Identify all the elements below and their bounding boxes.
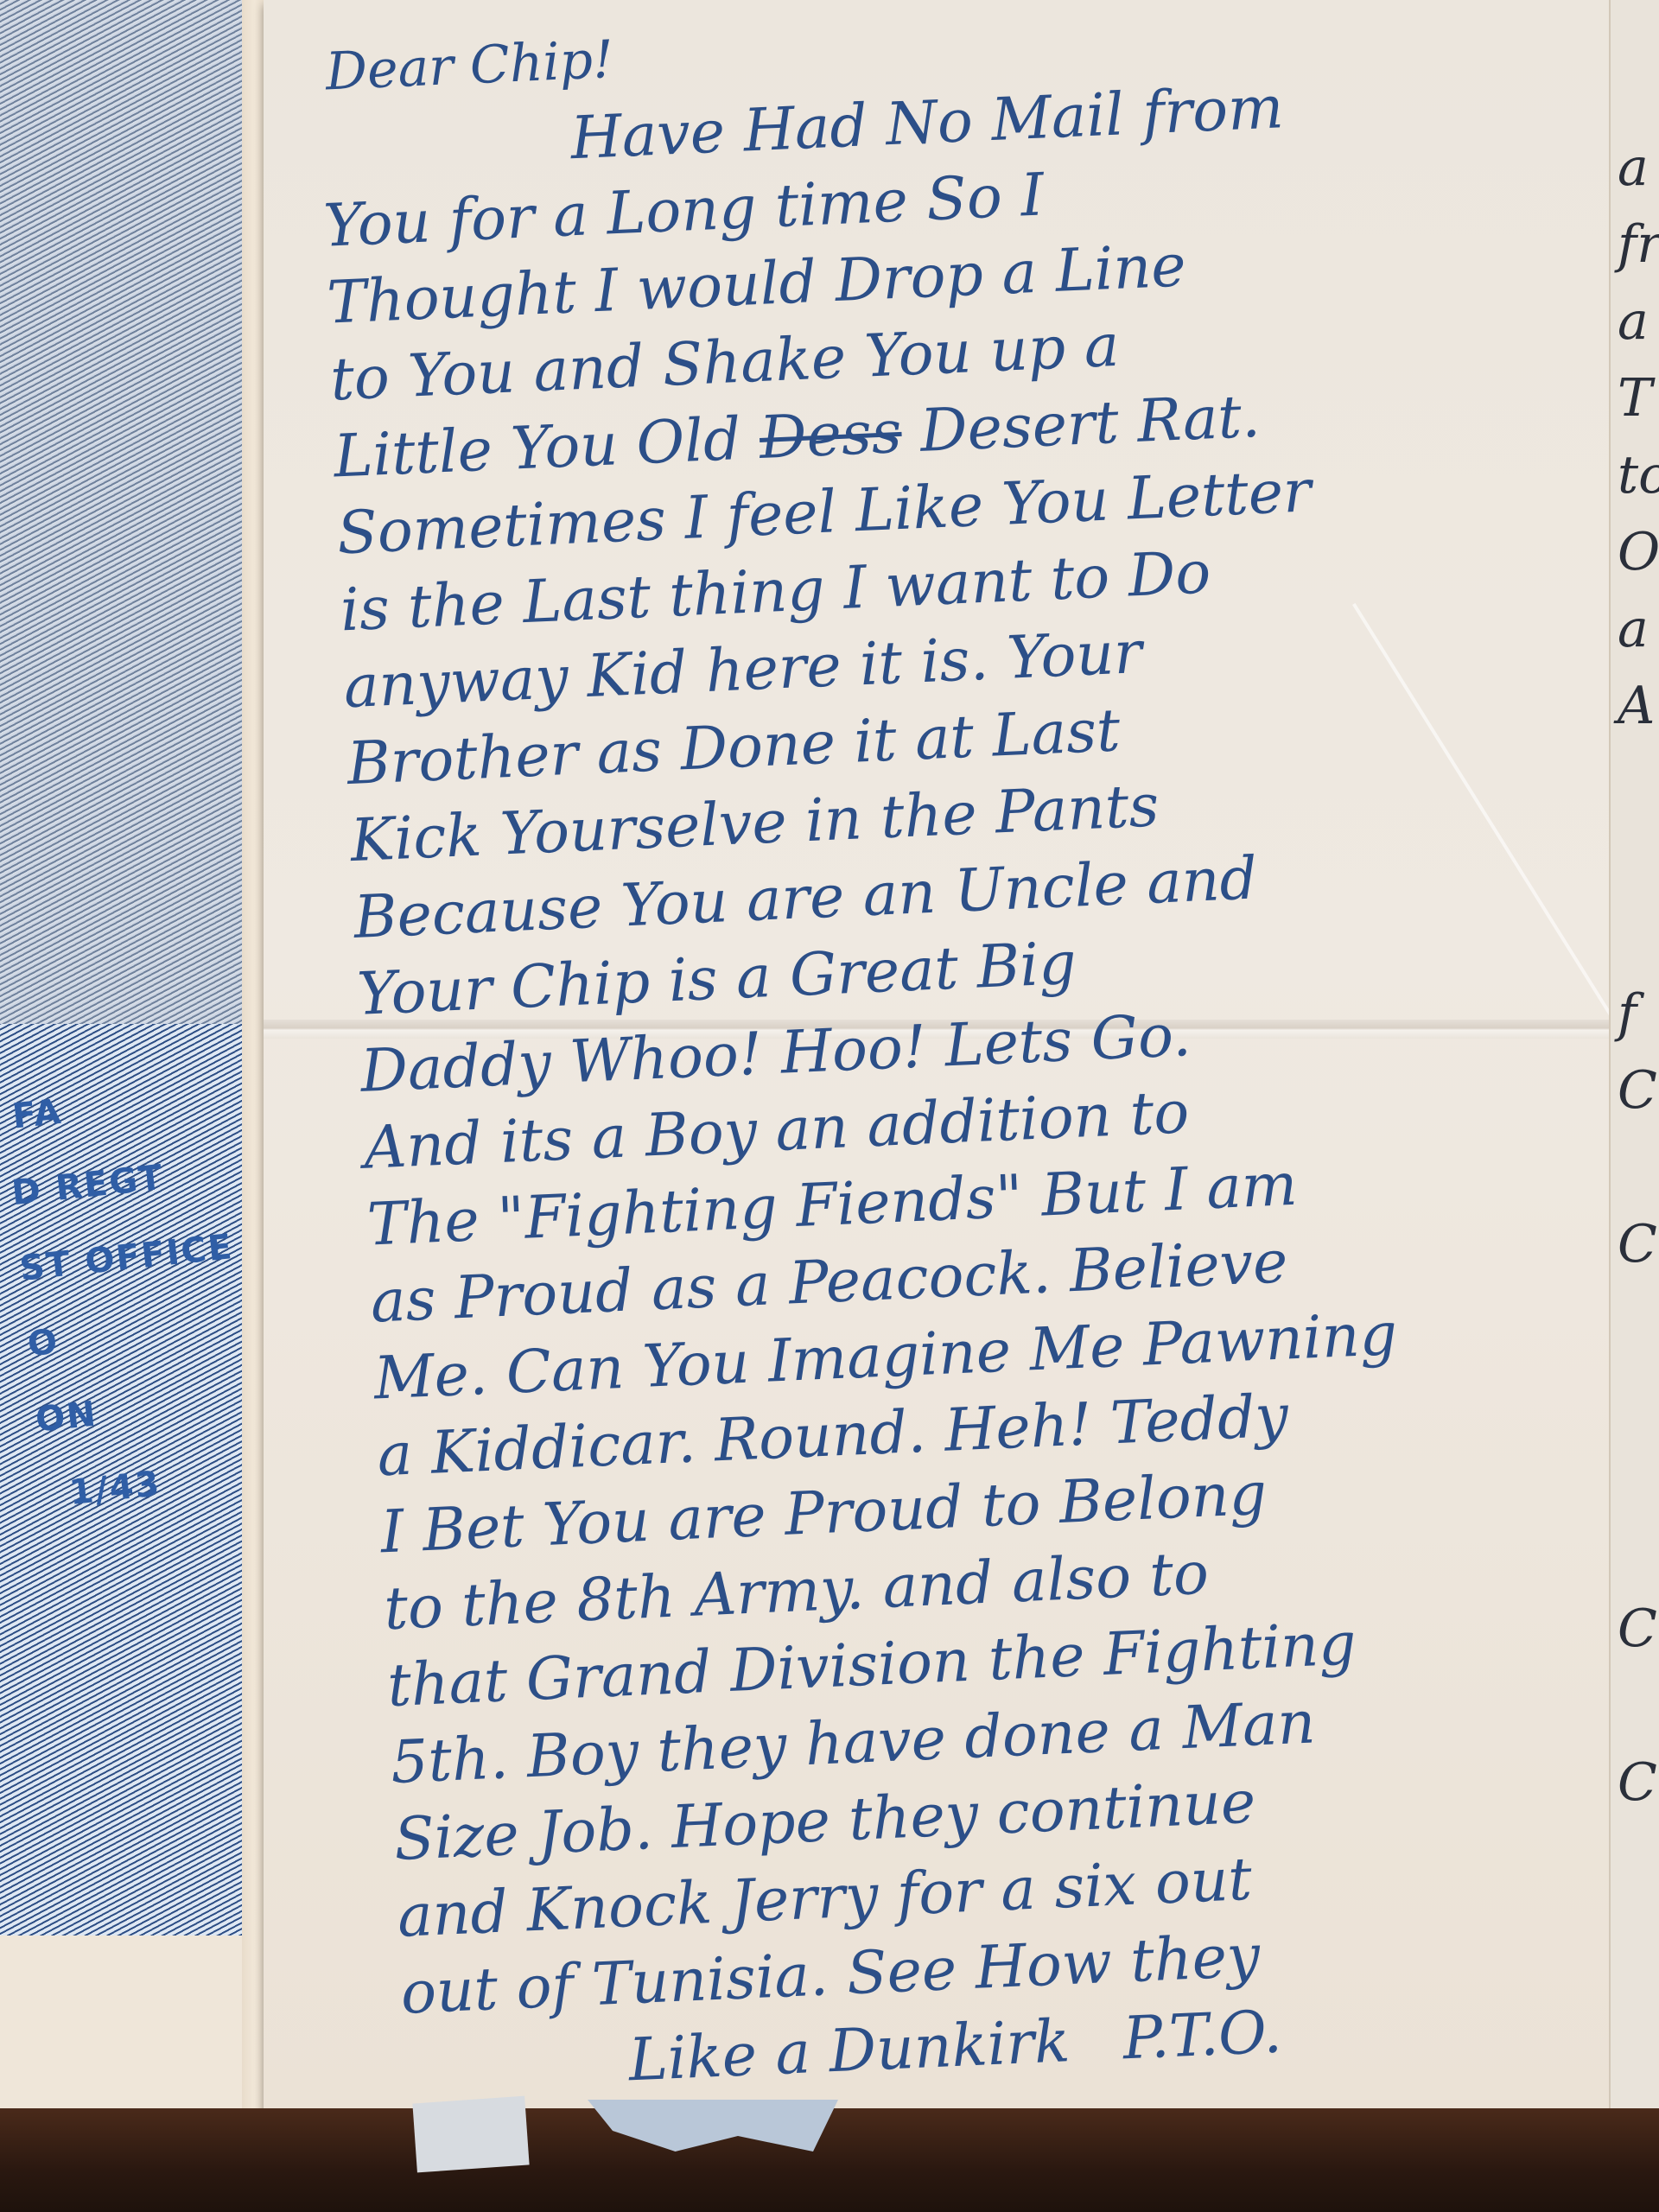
fragment-line: O [1618, 514, 1659, 591]
fragment-line: C [1618, 1591, 1659, 1668]
fragment-line [1618, 1360, 1659, 1437]
fragment-line: f [1618, 976, 1659, 1052]
fragment-line: a [1618, 130, 1659, 207]
fragment-line [1618, 1514, 1659, 1591]
pto-note: P.T.O. [1122, 1998, 1283, 2073]
fragment-line: A [1618, 668, 1659, 745]
fragment-line [1618, 822, 1659, 899]
fragment-line: to [1618, 437, 1659, 514]
envelope-upper-panel [0, 0, 259, 1024]
fragment-line: C [1618, 1206, 1659, 1283]
letter-line-tail: Desert Rat. [918, 383, 1262, 466]
fragment-line: T [1618, 360, 1659, 437]
letter-line-text: Like a Dunkirk [627, 2007, 1071, 2094]
envelope-address: FA D REGT ST OFFICE O ON 1/43 [0, 1058, 261, 1534]
fragment-line: a [1618, 591, 1659, 668]
letter-line-text: Little You Old [333, 405, 743, 491]
fragment-line: a [1618, 283, 1659, 360]
fragment-line [1618, 1129, 1659, 1206]
fragment-line: C [1618, 1745, 1659, 1821]
fragment-line [1618, 899, 1659, 976]
paper-scrap [412, 2096, 529, 2173]
letter-body: Dear Chip! Have Had No Mail from You for… [315, 0, 1659, 2109]
fragment-line [1618, 745, 1659, 822]
second-page-fragment: a fr a T to O a A f C C C C [1609, 0, 1659, 2108]
fragment-line: C [1618, 1052, 1659, 1129]
struck-out-word: Dess [758, 398, 903, 473]
fragment-line [1618, 1668, 1659, 1745]
fragment-line: fr [1618, 207, 1659, 283]
fragment-line [1618, 1283, 1659, 1360]
fragment-line [1618, 1437, 1659, 1514]
letter-page: Dear Chip! Have Had No Mail from You for… [264, 0, 1611, 2126]
torn-envelope-scrap [588, 2100, 838, 2152]
paper-scraps [415, 2100, 864, 2186]
second-page-text: a fr a T to O a A f C C C C [1611, 0, 1659, 1821]
envelope-bottom-border [0, 1935, 259, 2108]
photo-scene: FA D REGT ST OFFICE O ON 1/43 Dear Chip!… [0, 0, 1659, 2212]
airmail-envelope: FA D REGT ST OFFICE O ON 1/43 [0, 0, 259, 2108]
